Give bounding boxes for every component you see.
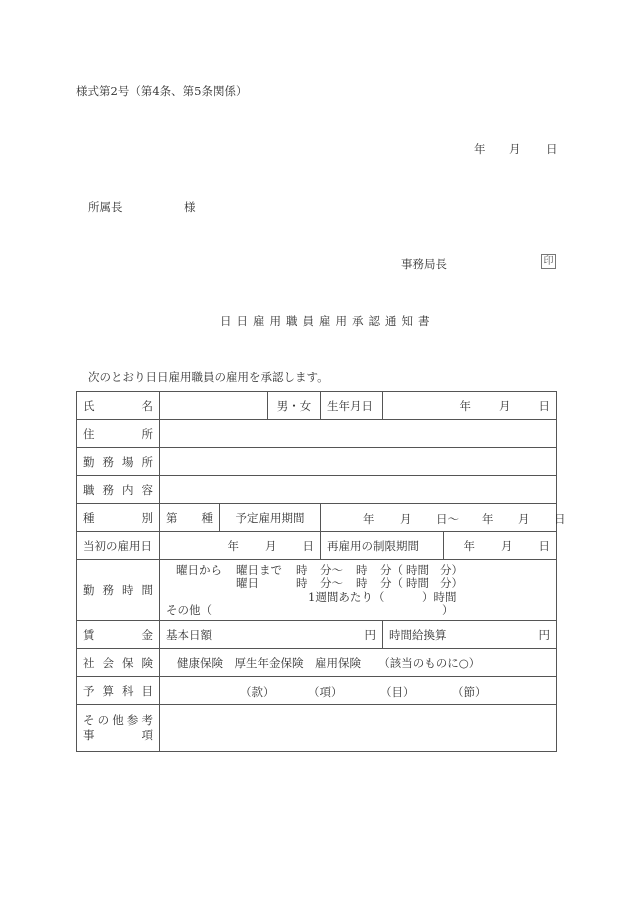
label-category: 種別 [77,504,160,532]
seal-mark: 印 [541,254,556,269]
row-insurance: 社会保険 健康保険 厚生年金保険 雇用保険 （該当のものに○） [77,649,557,677]
intro-text: 次のとおり日日雇用職員の雇用を承認します。 [88,369,329,385]
label-wage: 賃金 [77,621,160,649]
addressee-suffix: 様 [184,199,196,215]
label-name: 氏名 [77,392,160,420]
category-class-field[interactable]: 第種 [160,504,220,532]
rehire-limit-field[interactable]: 年月日 [444,532,557,560]
initial-date-field[interactable]: 年月日 [160,532,321,560]
notes-field[interactable] [160,705,557,752]
hourly-wage-field[interactable]: 時間給換算円 [383,621,557,649]
label-initial-date: 当初の雇用日 [77,532,160,560]
label-planned-period: 予定雇用期間 [220,504,321,532]
label-address: 住所 [77,420,160,448]
base-daily-wage-field[interactable]: 基本日額円 [160,621,383,649]
addressee: 所属長 様 [88,199,123,215]
issuer: 事務局長 [401,256,447,272]
row-workplace: 勤務場所 [77,448,557,476]
insurance-field[interactable]: 健康保険 厚生年金保険 雇用保険 （該当のものに○） [160,649,557,677]
row-name: 氏名 男・女 生年月日 年月日 [77,392,557,420]
address-field[interactable] [160,420,557,448]
form-number: 様式第2号（第4条、第5条関係） [76,83,247,99]
row-address: 住所 [77,420,557,448]
row-work-hours: 勤務時間 曜日から 曜日まで 時 分〜 時 分（ 時間 分） 曜日 時 分〜 時 [77,560,557,621]
name-field[interactable] [160,392,268,420]
gender-field[interactable]: 男・女 [268,392,321,420]
label-rehire-limit: 再雇用の制限期間 [321,532,444,560]
row-budget: 予算科目 （款） （項） （目） （節） [77,677,557,705]
label-budget: 予算科目 [77,677,160,705]
addressee-title: 所属長 [88,200,123,214]
label-workplace: 勤務場所 [77,448,160,476]
label-work-hours: 勤務時間 [77,560,160,621]
dob-field[interactable]: 年月日 [383,392,557,420]
issue-date-year: 年 [474,141,486,157]
document-title: 日日雇用職員雇用承認通知書 [220,313,435,329]
row-initial-employment: 当初の雇用日 年月日 再雇用の制限期間 年月日 [77,532,557,560]
row-duties: 職務内容 [77,476,557,504]
issue-date-day: 日 [546,141,558,157]
label-duties: 職務内容 [77,476,160,504]
duties-field[interactable] [160,476,557,504]
planned-period-field[interactable]: 年 月 日〜 年 月 日 [321,504,557,532]
work-hours-field[interactable]: 曜日から 曜日まで 時 分〜 時 分（ 時間 分） 曜日 時 分〜 時 分（ 時… [160,560,557,621]
row-wage: 賃金 基本日額円 時間給換算円 [77,621,557,649]
workplace-field[interactable] [160,448,557,476]
row-category: 種別 第種 予定雇用期間 年 月 日〜 年 月 日 [77,504,557,532]
approval-form-table: 氏名 男・女 生年月日 年月日 住所 勤務場所 職務内容 種別 第種 予定雇用期… [76,391,557,752]
row-notes: その他参考 事項 [77,705,557,752]
label-insurance: 社会保険 [77,649,160,677]
budget-field[interactable]: （款） （項） （目） （節） [160,677,557,705]
label-dob: 生年月日 [321,392,383,420]
issue-date-month: 月 [509,141,521,157]
label-notes: その他参考 事項 [77,705,160,752]
